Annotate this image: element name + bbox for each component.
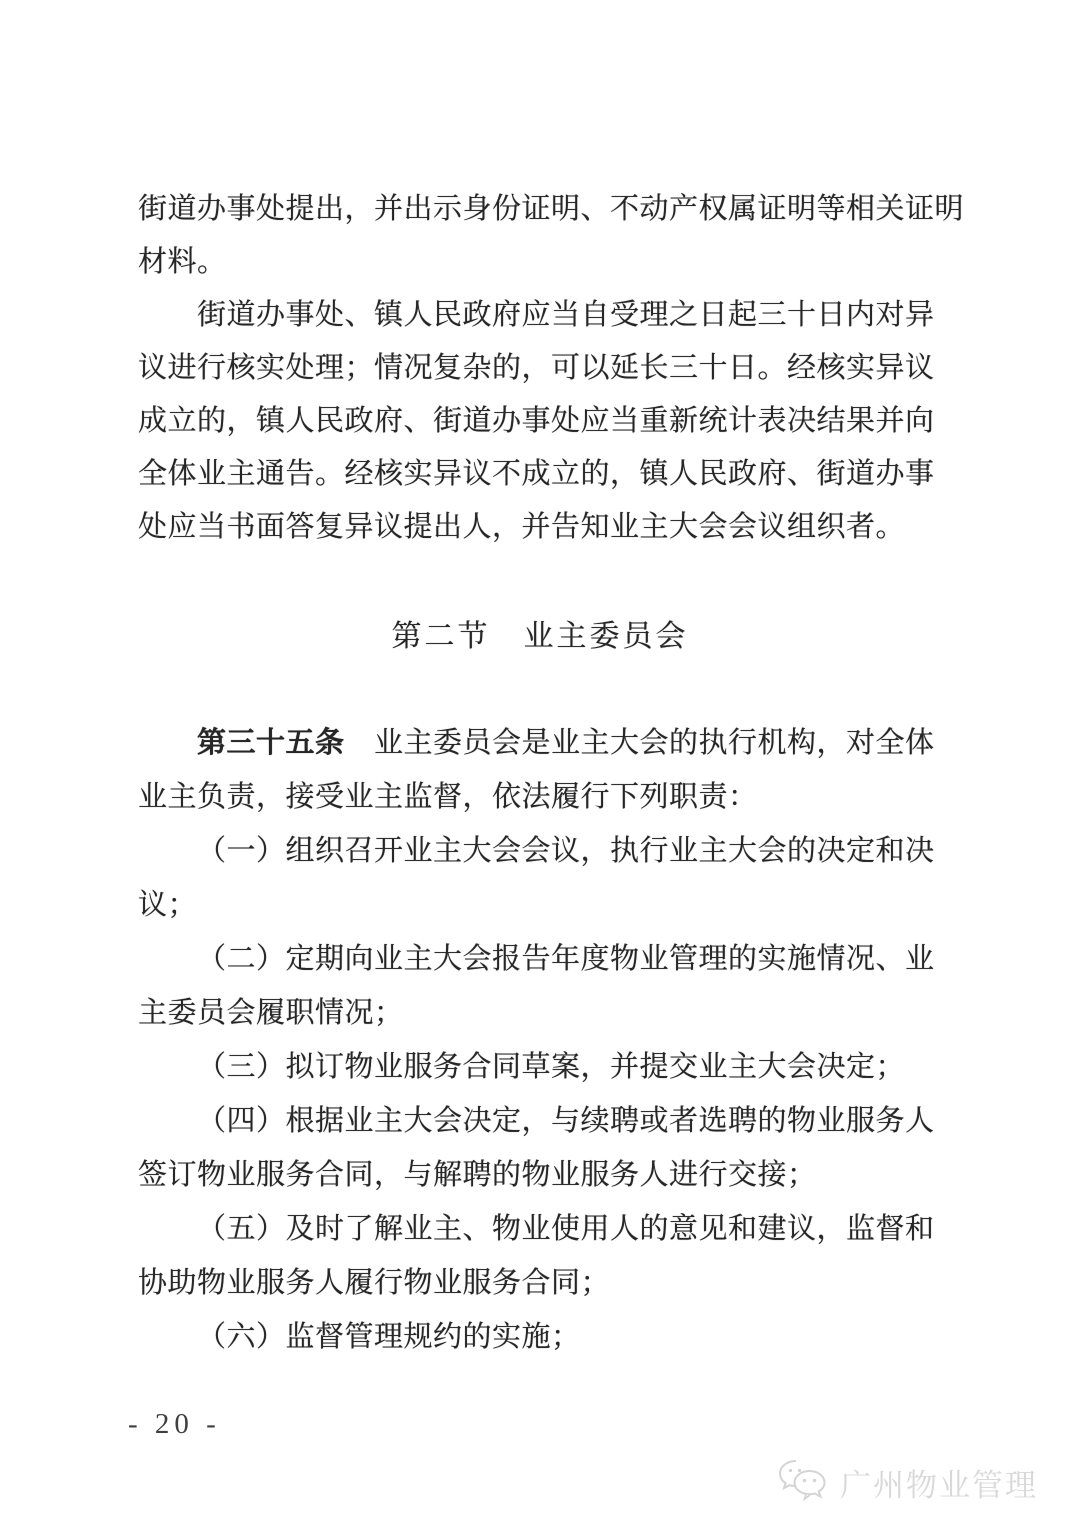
document-line: 主委员会履职情况； [138,986,950,1040]
article-number: 第三十五条 [197,727,345,759]
section-heading: 第二节 业主委员会 [0,610,1080,664]
document-line: 第三十五条 业主委员会是业主大会的执行机构，对全体 [138,716,950,770]
document-line: （五）及时了解业主、物业使用人的意见和建议，监督和 [138,1202,950,1256]
document-line: 街道办事处、镇人民政府应当自受理之日起三十日内对异 [138,289,950,342]
document-line: （四）根据业主大会决定，与续聘或者选聘的物业服务人 [138,1094,950,1148]
document-line: 全体业主通告。经核实异议不成立的，镇人民政府、街道办事 [138,448,950,501]
document-line: 材料。 [138,236,950,289]
document-line: （一）组织召开业主大会会议，执行业主大会的决定和决 [138,824,950,878]
wechat-logo-icon [776,1458,832,1506]
article-paragraphs: 第三十五条 业主委员会是业主大会的执行机构，对全体 业主负责，接受业主监督，依法… [138,716,950,1364]
intro-paragraphs: 街道办事处提出，并出示身份证明、不动产权属证明等相关证明 材料。 街道办事处、镇… [138,183,950,554]
document-line: 议进行核实处理；情况复杂的，可以延长三十日。经核实异议 [138,342,950,395]
document-line: 成立的，镇人民政府、街道办事处应当重新统计表决结果并向 [138,395,950,448]
document-line: （三）拟订物业服务合同草案，并提交业主大会决定； [138,1040,950,1094]
article-text: 业主委员会是业主大会的执行机构，对全体 [345,727,935,759]
document-line: 业主负责，接受业主监督，依法履行下列职责： [138,770,950,824]
document-line: （六）监督管理规约的实施； [138,1310,950,1364]
watermark-text: 广州物业管理 [840,1460,1038,1505]
document-line: 处应当书面答复异议提出人，并告知业主大会会议组织者。 [138,501,950,554]
document-line: 签订物业服务合同，与解聘的物业服务人进行交接； [138,1148,950,1202]
watermark: 广州物业管理 [776,1458,1038,1506]
document-line: 协助物业服务人履行物业服务合同； [138,1256,950,1310]
page-number: - 20 - [128,1408,221,1441]
document-page: 街道办事处提出，并出示身份证明、不动产权属证明等相关证明 材料。 街道办事处、镇… [0,0,1080,1527]
document-line: 议； [138,878,950,932]
document-line: （二）定期向业主大会报告年度物业管理的实施情况、业 [138,932,950,986]
document-line: 街道办事处提出，并出示身份证明、不动产权属证明等相关证明 [138,183,950,236]
